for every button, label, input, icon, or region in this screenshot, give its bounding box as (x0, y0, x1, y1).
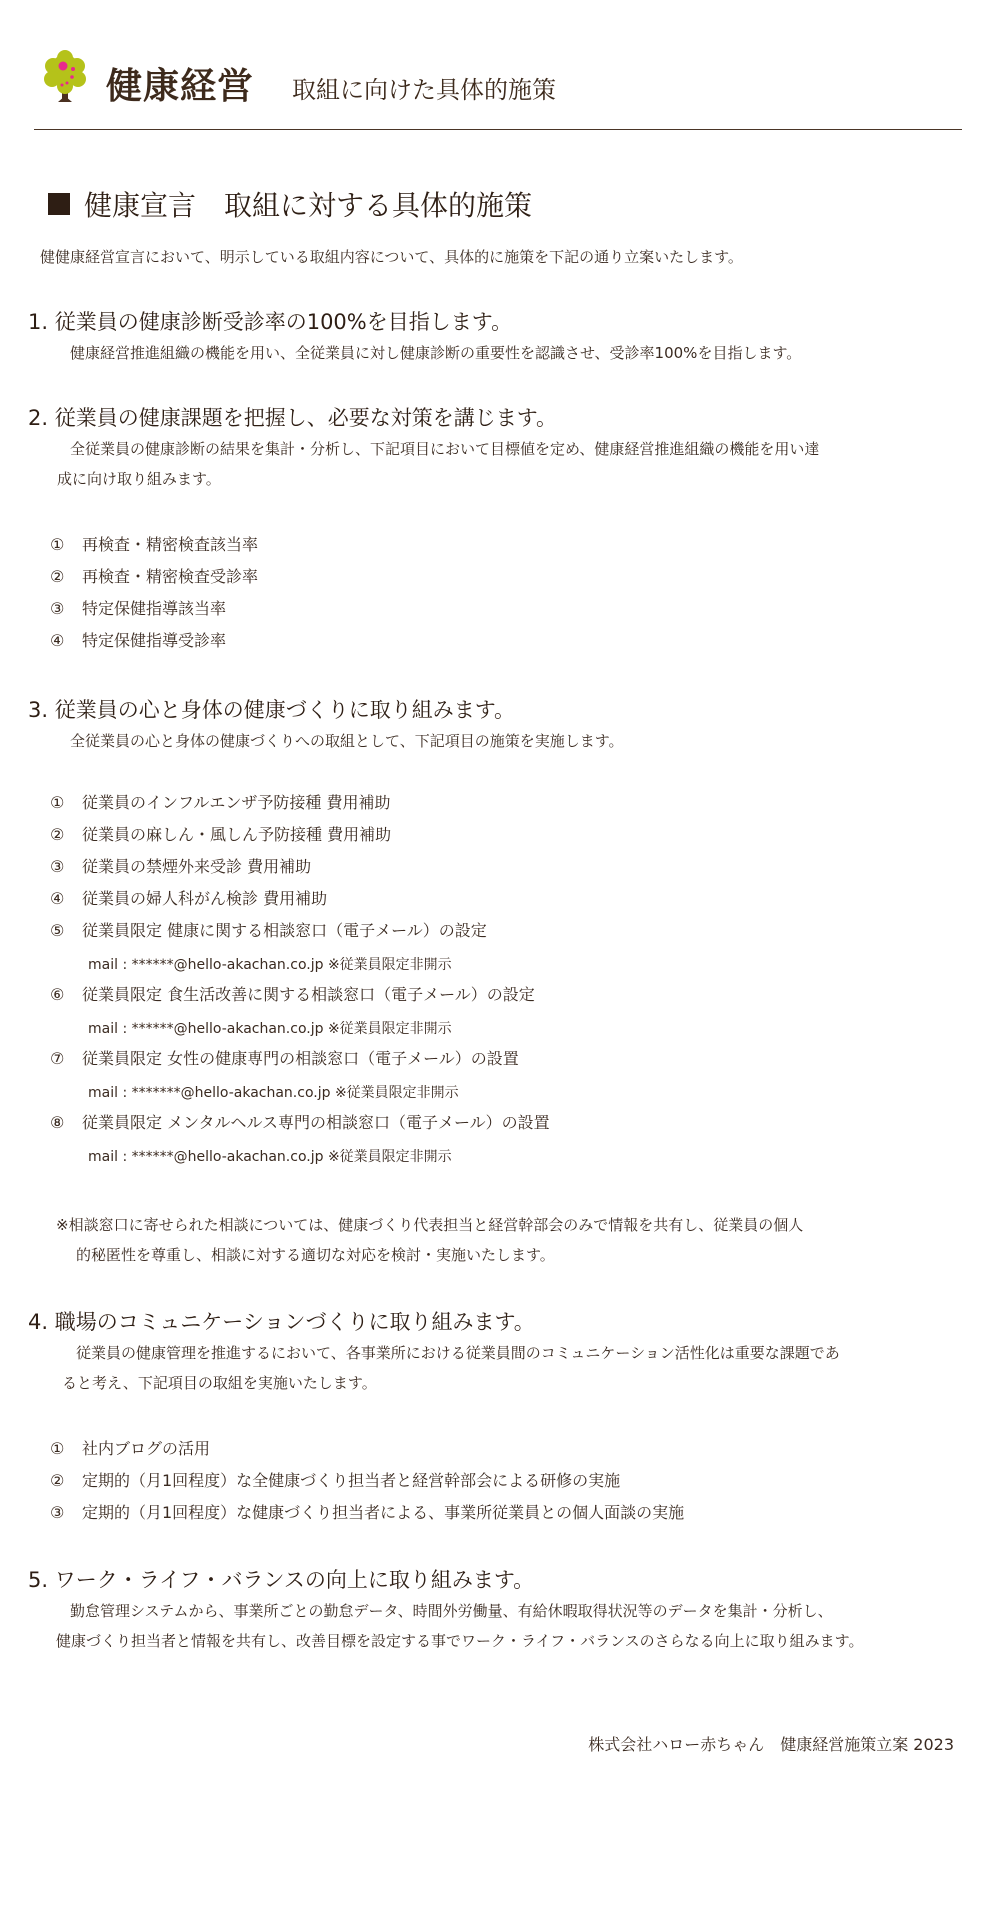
item-5-heading: 5. ワーク・ライフ・バランスの向上に取り組みます。 (28, 1564, 534, 1594)
item-5-body-line1: 勤怠管理システムから、事業所ごとの勤怠データ、時間外労働量、有給休暇取得状況等の… (70, 1600, 833, 1621)
item-2-body-line2: 成に向け取り組みます。 (57, 468, 221, 489)
list-item: ③従業員の禁煙外来受診 費用補助 (50, 854, 311, 877)
list-item: ①社内ブログの活用 (50, 1436, 210, 1459)
section-title-text: 健康宣言 取組に対する具体的施策 (84, 189, 532, 222)
list-item: ①再検査・精密検査該当率 (50, 532, 258, 555)
item-4-body-line1: 従業員の健康管理を推進するにおいて、各事業所における従業員間のコミュニケーション… (76, 1342, 840, 1363)
item-3-heading: 3. 従業員の心と身体の健康づくりに取り組みます。 (28, 694, 515, 724)
mail-address: mail : ******@hello-akachan.co.jp ※従業員限定… (88, 1146, 452, 1166)
item-3-note-line2: 的秘匿性を尊重し、相談に対する適切な対応を検討・実施いたします。 (76, 1244, 555, 1265)
item-2-heading: 2. 従業員の健康課題を把握し、必要な対策を講じます。 (28, 402, 557, 432)
item-2-body-line1: 全従業員の健康診断の結果を集計・分析し、下記項目において目標値を定め、健康経営推… (70, 438, 819, 459)
item-5-body-line2: 健康づくり担当者と情報を共有し、改善目標を設定する事でワーク・ライフ・バランスの… (56, 1630, 863, 1651)
list-item: ②従業員の麻しん・風しん予防接種 費用補助 (50, 822, 391, 845)
list-item: ②再検査・精密検査受診率 (50, 564, 258, 587)
item-3-note-line1: ※相談窓口に寄せられた相談については、健康づくり代表担当と経営幹部会のみで情報を… (56, 1214, 803, 1235)
list-item: ④特定保健指導受診率 (50, 628, 226, 651)
section-title: 健康宣言 取組に対する具体的施策 (48, 184, 532, 224)
list-item: ①従業員のインフルエンザ予防接種 費用補助 (50, 790, 390, 813)
list-item: ⑤従業員限定 健康に関する相談窓口（電子メール）の設定 (50, 918, 487, 941)
list-item: ⑦従業員限定 女性の健康専門の相談窓口（電子メール）の設置 (50, 1046, 519, 1069)
header-title: 健康経営 (106, 58, 254, 109)
list-item: ②定期的（月1回程度）な全健康づくり担当者と経営幹部会による研修の実施 (50, 1468, 620, 1491)
item-4-heading: 4. 職場のコミュニケーションづくりに取り組みます。 (28, 1306, 535, 1336)
item-1-heading: 1. 従業員の健康診断受診率の100%を目指します。 (28, 306, 512, 336)
list-item: ③定期的（月1回程度）な健康づくり担当者による、事業所従業員との個人面談の実施 (50, 1500, 684, 1523)
header-subtitle: 取組に向けた具体的施策 (292, 70, 556, 105)
mail-address: mail : ******@hello-akachan.co.jp ※従業員限定… (88, 1018, 452, 1038)
intro-text: 健健康経営宣言において、明示している取組内容について、具体的に施策を下記の通り立… (40, 246, 743, 267)
square-bullet-icon (48, 193, 70, 215)
tree-icon (40, 50, 90, 104)
list-item: ③特定保健指導該当率 (50, 596, 226, 619)
item-4-body-line2: ると考え、下記項目の取組を実施いたします。 (62, 1372, 377, 1393)
list-item: ⑥従業員限定 食生活改善に関する相談窓口（電子メール）の設定 (50, 982, 535, 1005)
footer-credit: 株式会社ハロー赤ちゃん 健康経営施策立案 2023 (588, 1732, 954, 1755)
item-3-body: 全従業員の心と身体の健康づくりへの取組として、下記項目の施策を実施します。 (70, 730, 624, 751)
mail-address: mail : *******@hello-akachan.co.jp ※従業員限… (88, 1082, 459, 1102)
list-item: ⑧従業員限定 メンタルヘルス専門の相談窓口（電子メール）の設置 (50, 1110, 550, 1133)
list-item: ④従業員の婦人科がん検診 費用補助 (50, 886, 327, 909)
item-1-body: 健康経営推進組織の機能を用い、全従業員に対し健康診断の重要性を認識させ、受診率1… (70, 342, 801, 363)
header-divider (34, 129, 962, 130)
mail-address: mail : ******@hello-akachan.co.jp ※従業員限定… (88, 954, 452, 974)
